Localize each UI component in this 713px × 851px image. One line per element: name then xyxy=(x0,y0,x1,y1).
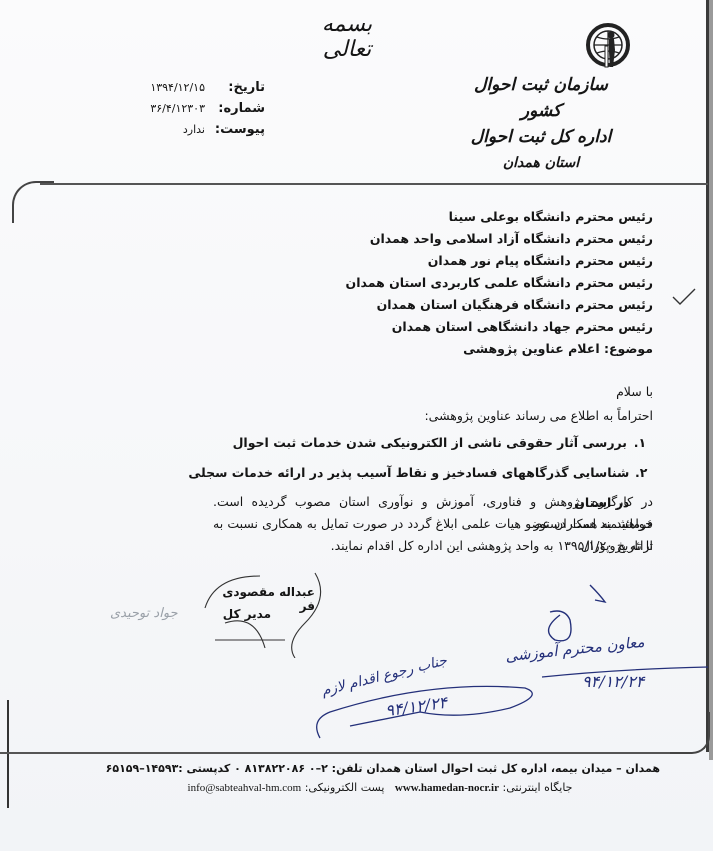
frame-top-divider xyxy=(40,183,708,185)
footer-contact: info@sabteahval-hm.com پست الکترونیکی: w… xyxy=(100,779,660,797)
date-label: تاریخ: xyxy=(205,80,265,95)
date-row: تاریخ: ۱۳۹۴/۱۲/۱۵ xyxy=(95,80,265,101)
number-label: شماره: xyxy=(205,101,265,116)
frame-bottom-divider xyxy=(0,752,690,754)
footer-website[interactable]: www.hamedan-nocr.ir xyxy=(395,782,499,794)
research-topics-list: ۱. بررسی آثار حقوقی ناشی از الکترونیکی ش… xyxy=(173,428,653,488)
subject-line: موضوع: اعلام عناوین پژوهشی xyxy=(253,338,653,360)
recipient-item: رئیس محترم جهاد دانشگاهی استان همدان xyxy=(253,316,653,338)
footer-address: همدان – میدان بیمه، اداره کل ثبت احوال ا… xyxy=(100,759,660,779)
checkmark-icon xyxy=(672,288,696,306)
body-line: فرمائید به همکاران عضو هیات علمی ابلاغ گ… xyxy=(213,513,653,535)
letter-page: بسمه تعالی سازمان ثبت احوال کشور اداره ک… xyxy=(0,0,713,851)
body-line: در کارگروه پژوهش و فناوری، آموزش و نوآور… xyxy=(213,491,653,513)
attachment-label: پیوست: xyxy=(205,122,265,137)
invocation-heading: بسمه تعالی xyxy=(312,12,382,52)
intro-text: احتراماً به اطلاع می رساند عناوین پژوهشی… xyxy=(153,404,653,428)
body-line: تا تاریخ ۱۳۹۵/۱/۲۰ به واحد پژوهشی این اد… xyxy=(213,535,653,557)
recipient-item: رئیس محترم دانشگاه آزاد اسلامی واحد همدا… xyxy=(253,228,653,250)
globe-person-emblem-icon xyxy=(585,22,631,68)
recipient-item: رئیس محترم دانشگاه پیام نور همدان xyxy=(253,250,653,272)
date-value: ۱۳۹۴/۱۲/۱۵ xyxy=(150,81,205,94)
handwritten-date-right: ۹۴/۱۲/۲۴ xyxy=(582,672,644,691)
topic-number: ۲. xyxy=(629,458,653,488)
salutation: با سلام xyxy=(153,380,653,404)
footer-email[interactable]: info@sabteahval-hm.com xyxy=(188,782,302,794)
handwritten-note-gray: جواد توحیدی xyxy=(110,606,178,621)
recipient-item: رئیس محترم دانشگاه بوعلی سینا xyxy=(253,206,653,228)
org-line-2: اداره کل ثبت احوال xyxy=(461,124,621,150)
letter-footer: همدان – میدان بیمه، اداره کل ثبت احوال ا… xyxy=(100,759,660,797)
footer-website-label: جایگاه اینترنتی: xyxy=(503,781,573,794)
frame-edge-shadow xyxy=(709,0,713,760)
letter-body: در کارگروه پژوهش و فناوری، آموزش و نوآور… xyxy=(213,491,653,557)
greeting-block: با سلام احتراماً به اطلاع می رساند عناوی… xyxy=(153,380,653,428)
letter-metadata: تاریخ: ۱۳۹۴/۱۲/۱۵ شماره: ۳۶/۴/۱۲۳۰۳ پیوس… xyxy=(95,80,265,143)
org-line-3: استان همدان xyxy=(461,150,621,176)
number-value: ۳۶/۴/۱۲۳۰۳ xyxy=(150,102,205,115)
research-topic-item: ۲. شناسایی گذرگاههای فسادخیز و نقاط آسیب… xyxy=(173,458,653,488)
org-line-1: سازمان ثبت احوال کشور xyxy=(461,72,621,124)
recipient-item: رئیس محترم دانشگاه فرهنگیان استان همدان xyxy=(253,294,653,316)
frame-right-border xyxy=(706,0,709,752)
recipient-item: رئیس محترم دانشگاه علمی کاربردی استان هم… xyxy=(253,272,653,294)
topic-number: ۱. xyxy=(627,428,653,458)
handwritten-mark-icon xyxy=(540,580,610,650)
organization-name: سازمان ثبت احوال کشور اداره کل ثبت احوال… xyxy=(461,72,621,176)
frame-bottom-right-corner xyxy=(670,712,710,754)
frame-top-left-corner xyxy=(12,181,54,223)
recipients-list: رئیس محترم دانشگاه بوعلی سینا رئیس محترم… xyxy=(253,206,653,360)
research-topic-item: ۱. بررسی آثار حقوقی ناشی از الکترونیکی ش… xyxy=(173,428,653,458)
topic-title: بررسی آثار حقوقی ناشی از الکترونیکی شدن … xyxy=(233,428,627,458)
signature-scribble-icon xyxy=(165,568,325,658)
attachment-value: ندارد xyxy=(183,123,205,136)
number-row: شماره: ۳۶/۴/۱۲۳۰۳ xyxy=(95,101,265,122)
frame-left-border xyxy=(7,700,9,808)
attachment-row: پیوست: ندارد xyxy=(95,122,265,143)
footer-email-label: پست الکترونیکی: xyxy=(305,781,385,794)
topic-title: شناسایی گذرگاههای فسادخیز و نقاط آسیب پذ… xyxy=(173,458,629,488)
